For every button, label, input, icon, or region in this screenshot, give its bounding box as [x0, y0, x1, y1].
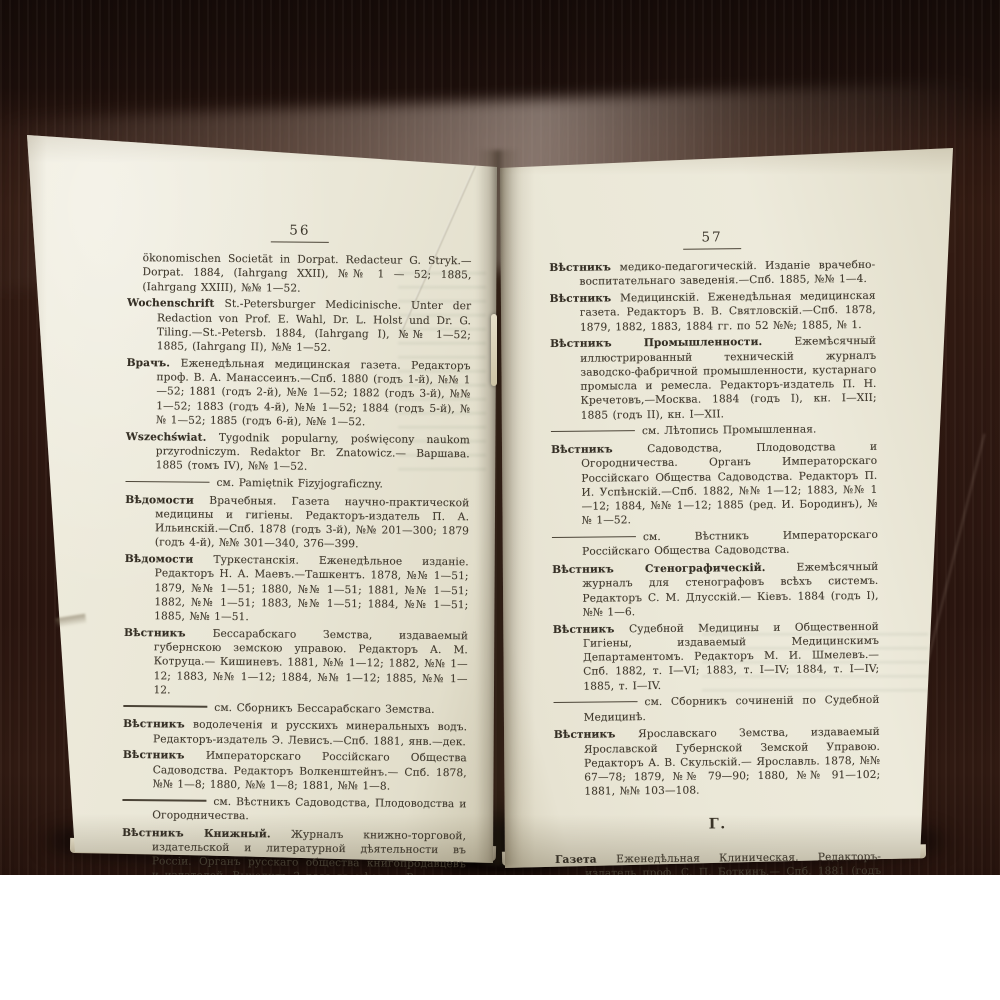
catalog-entry: Газета Еженедѣльная Клиническая. Редакто…: [555, 849, 882, 875]
entry-headword: Вѣстникъ: [549, 261, 619, 274]
right-page-entries-top: Вѣстникъ медико-педагогическій. Изданіе …: [549, 258, 880, 800]
catalog-entry: Вѣстникъ Судебной Медицины и Общественно…: [553, 619, 880, 693]
entry-headword: Вѣстникъ: [123, 718, 193, 731]
catalog-entry: Вѣдомости Врачебныя. Газета научно-практ…: [125, 492, 470, 552]
entry-headword: Вѣстникъ: [553, 623, 629, 636]
entry-headword: Wszechświat.: [126, 430, 219, 443]
crossref-dash: [551, 430, 635, 432]
page-number-right-value: 57: [683, 229, 740, 250]
photo-of-open-book: 56 ökonomischen Societät in Dorpat. Reda…: [0, 0, 1000, 1000]
catalog-entry: ökonomischen Societät in Dorpat. Redacte…: [127, 251, 471, 297]
crossref-entry: см. Вѣстникъ Садоводства, Плодоводства и…: [122, 793, 466, 825]
left-page-entries: ökonomischen Societät in Dorpat. Redacte…: [121, 251, 472, 875]
entry-headword: Вѣстникъ Промышленности.: [550, 336, 794, 350]
page-number-left-value: 56: [271, 222, 328, 243]
catalog-entry: Вѣстникъ Ярославскаго Земства, издаваемы…: [554, 725, 881, 799]
crossref-dash: [125, 481, 209, 483]
entry-headword: Вѣстникъ: [124, 627, 213, 640]
catalog-entry: Вѣстникъ Бессарабскаго Земства, издаваем…: [123, 626, 468, 701]
entry-headword: Вѣстникъ: [550, 292, 621, 305]
catalog-entry: Вѣстникъ Медицинскій. Еженедѣльная медиц…: [550, 289, 876, 335]
catalog-entry: Вѣстникъ Стенографическій. Ежемѣсячный ж…: [552, 560, 879, 620]
crossref-entry: см. Сборникъ Бессарабскаго Земства.: [123, 699, 467, 717]
crossref-entry: см. Вѣстникъ Императорскаго Россійскаго …: [552, 528, 878, 560]
entry-headword: Газета: [555, 853, 616, 866]
white-margin: [0, 875, 1000, 1000]
catalog-entry: Wszechświat. Tygodnik popularny, poświęc…: [126, 429, 470, 475]
catalog-entry: Вѣстникъ Промышленности. Ежемѣсячный илл…: [550, 334, 877, 423]
crossref-dash: [554, 701, 638, 703]
crossref-entry: см. Pamiętnik Fizyjograficzny.: [125, 475, 469, 493]
entry-headword: Вѣстникъ: [123, 749, 206, 762]
entry-headword: Вѣстникъ Книжный.: [122, 826, 291, 840]
entry-headword: Вѣстникъ: [551, 443, 647, 456]
catalog-entry: Врачъ. Еженедѣльная медицинская газета. …: [126, 356, 471, 431]
entry-headword: Wochenschrift: [127, 297, 224, 310]
right-page-entries-bottom: Газета Еженедѣльная Клиническая. Редакто…: [555, 849, 882, 875]
entry-headword: Вѣстникъ Стенографическій.: [552, 562, 796, 576]
right-page-text: 57 Вѣстникъ медико-педагогическій. Издан…: [549, 228, 882, 875]
entry-headword: Вѣдомости: [125, 553, 214, 566]
table-surface: 56 ökonomischen Societät in Dorpat. Reda…: [0, 0, 1000, 875]
crossref-entry: см. Сборникъ сочиненій по Судебной Медиц…: [553, 693, 879, 725]
catalog-entry: Вѣстникъ водолеченія и русскихъ минераль…: [123, 717, 467, 749]
crossref-entry: см. Лѣтопись Промышленная.: [551, 422, 877, 439]
entry-headword: Врачъ.: [127, 357, 181, 370]
catalog-entry: Вѣстникъ Садоводства, Плодоводства и Ого…: [551, 440, 878, 529]
catalog-entry: Вѣстникъ Книжный. Журналъ книжно-торгово…: [122, 825, 467, 875]
page-number-left: 56: [128, 221, 472, 244]
left-page-text: 56 ökonomischen Societät in Dorpat. Reda…: [121, 221, 472, 875]
binding-thread: [491, 314, 497, 386]
catalog-entry: Вѣдомости Туркестанскія. Еженедѣльное из…: [124, 552, 469, 627]
crossref-dash: [122, 799, 206, 801]
crossref-dash: [123, 705, 207, 707]
page-number-right: 57: [549, 228, 875, 251]
entry-headword: Вѣдомости: [125, 493, 209, 506]
catalog-entry: Wochenschrift St.-Petersburger Medicinis…: [127, 296, 472, 356]
catalog-entry: Вѣстникъ Императорскаго Россійскаго Обще…: [123, 748, 467, 794]
section-heading: Г.: [555, 813, 881, 833]
crossref-dash: [552, 536, 636, 538]
catalog-entry: Вѣстникъ медико-педагогическій. Изданіе …: [549, 258, 875, 290]
entry-headword: Вѣстникъ: [554, 728, 638, 741]
